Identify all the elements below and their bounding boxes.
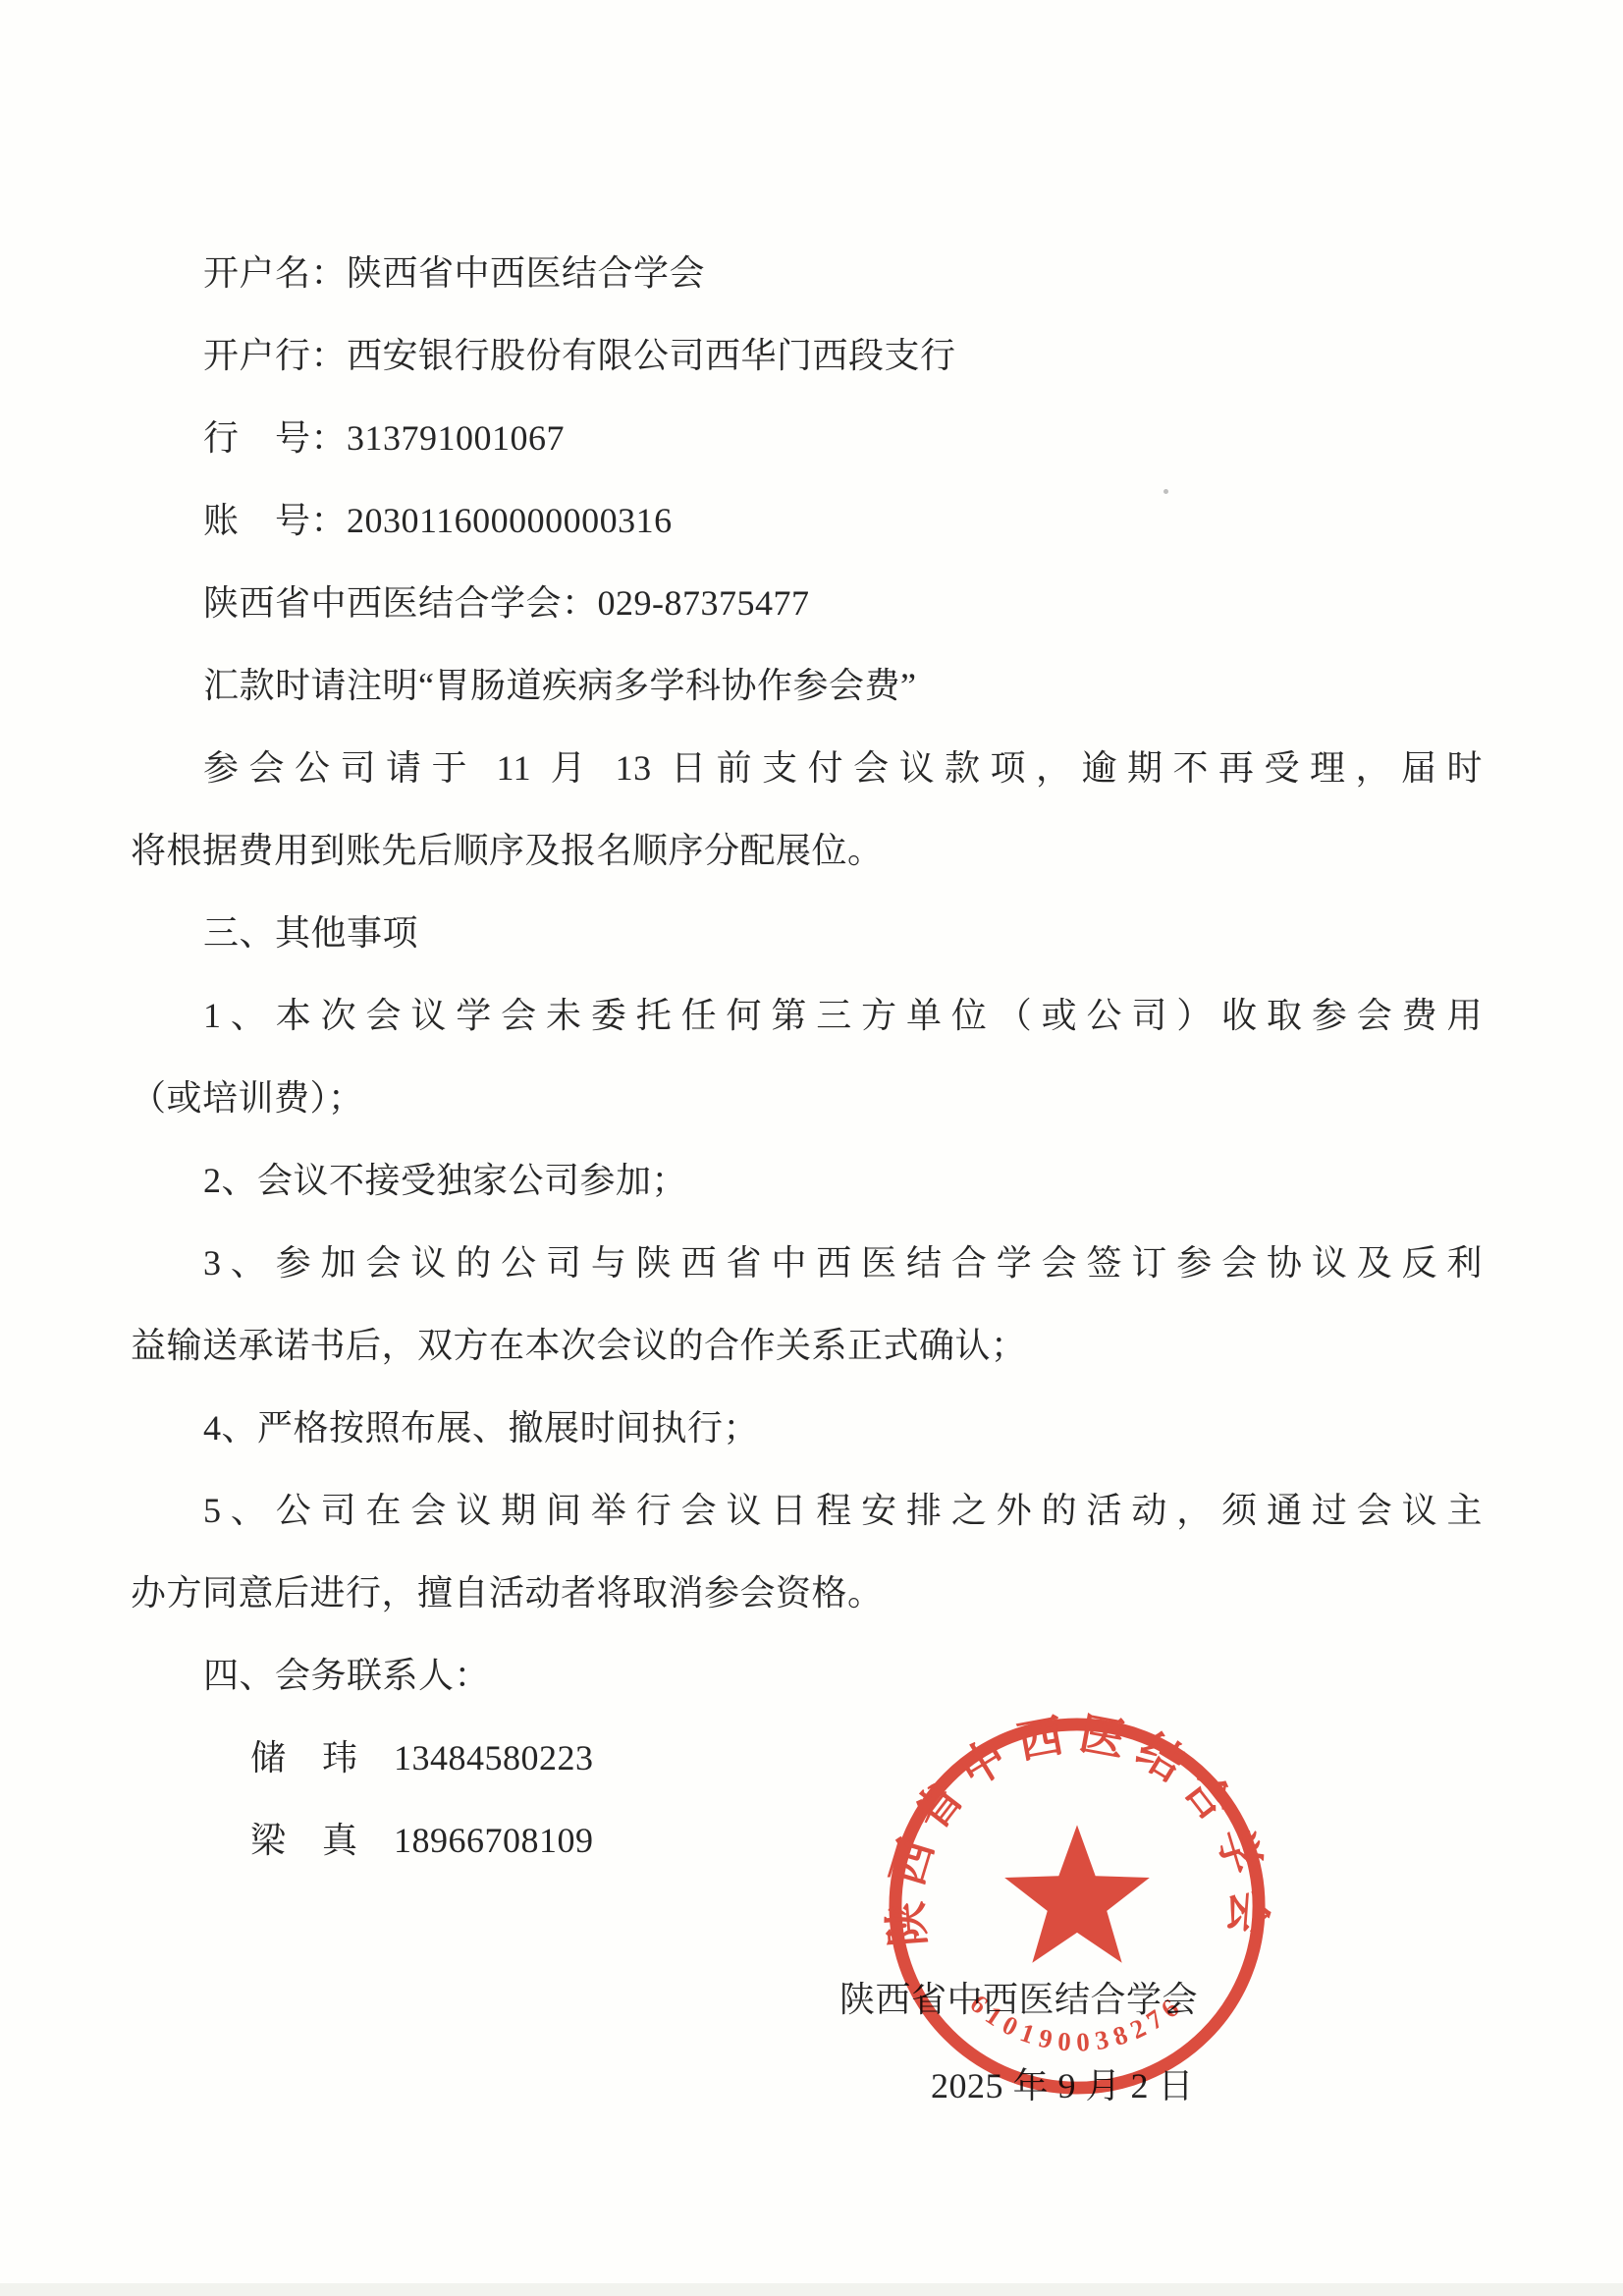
seal-star-icon (1004, 1825, 1150, 1962)
document-line: （或培训费）； (131, 1057, 1483, 1139)
document-line: 将根据费用到账先后顺序及报名顺序分配展位。 (131, 809, 1483, 892)
document-line: 办方同意后进行，擅自活动者将取消参会资格。 (131, 1552, 1483, 1634)
document-line: 参会公司请于 11 月 13 日前支付会议款项，逾期不再受理，届时 (131, 727, 1483, 809)
document-line: 2、会议不接受独家公司参加； (131, 1139, 1483, 1222)
document-line: 开户行：西安银行股份有限公司西华门西段支行 (131, 314, 1483, 397)
scan-edge-strip (0, 2283, 1623, 2296)
scan-speck (1163, 489, 1168, 494)
document-content: 开户名：陕西省中西医结合学会开户行：西安银行股份有限公司西华门西段支行行 号：3… (131, 232, 1483, 1882)
official-seal-stamp: 陕西省中西医结合学会 610190038276 (882, 1711, 1272, 2102)
document-page: 开户名：陕西省中西医结合学会开户行：西安银行股份有限公司西华门西段支行行 号：3… (0, 0, 1623, 2296)
document-line: 三、其他事项 (131, 892, 1483, 974)
seal-code: 610190038276 (964, 1989, 1189, 2057)
document-line: 1、本次会议学会未委托任何第三方单位（或公司）收取参会费用 (131, 974, 1483, 1057)
document-line: 行 号：313791001067 (131, 397, 1483, 479)
document-line: 开户名：陕西省中西医结合学会 (131, 232, 1483, 314)
document-line: 4、严格按照布展、撤展时间执行； (131, 1387, 1483, 1469)
document-line: 汇款时请注明“胃肠道疾病多学科协作参会费” (131, 644, 1483, 727)
document-line: 益输送承诺书后，双方在本次会议的合作关系正式确认； (131, 1304, 1483, 1387)
document-line: 陕西省中西医结合学会：029-87375477 (131, 562, 1483, 644)
document-line: 5、公司在会议期间举行会议日程安排之外的活动，须通过会议主 (131, 1469, 1483, 1552)
document-line: 四、会务联系人： (131, 1634, 1483, 1717)
document-line: 梁 真 18966708109 (131, 1799, 1483, 1882)
document-line: 3、参加会议的公司与陕西省中西医结合学会签订参会协议及反利 (131, 1222, 1483, 1304)
document-line: 账 号：203011600000000316 (131, 479, 1483, 562)
document-line: 储 玮 13484580223 (131, 1717, 1483, 1799)
